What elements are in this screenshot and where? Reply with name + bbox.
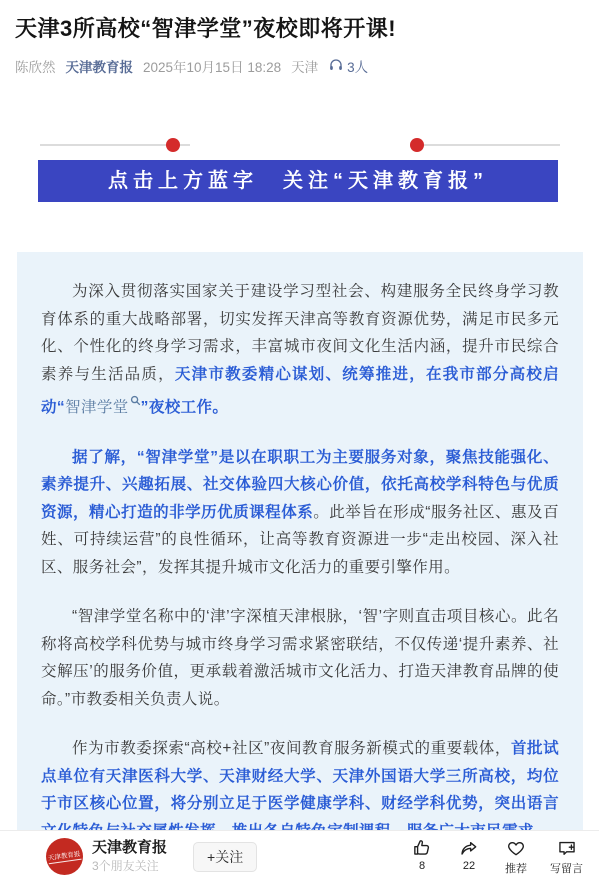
action-group: 8 22 推荐 (409, 837, 583, 876)
account-name[interactable]: 天津教育报 (92, 839, 167, 858)
account-link[interactable]: 天津教育报 (66, 56, 134, 76)
paragraph-1: 为深入贯彻落实国家关于建设学习型社会、构建服务全民终身学习教育体系的重大战略部署… (41, 278, 559, 422)
p1-highlight-end: ”夜校工作。 (141, 399, 229, 416)
recommend-button[interactable]: 推荐 (503, 837, 529, 876)
share-button[interactable]: 22 (456, 837, 482, 872)
follow-banner[interactable]: 点击上方蓝字 关注“天津教育报” (38, 160, 558, 202)
like-button[interactable]: 8 (409, 837, 435, 872)
friends-follow-note: 3个朋友关注 (92, 859, 167, 874)
account-info: 天津教育报 3个朋友关注 (92, 839, 167, 874)
headphones-icon (328, 57, 347, 76)
comment-plus-icon (556, 837, 578, 859)
listener-number: 3人 (347, 56, 368, 76)
publish-location: 天津 (291, 56, 318, 76)
comment-button[interactable]: 写留言 (550, 837, 583, 876)
heart-icon (505, 837, 527, 859)
search-term-link[interactable]: 智津学堂 (65, 399, 141, 416)
byline: 陈欣然 天津教育报 2025年10月15日 18:28 天津 3人 (15, 56, 583, 76)
search-icon (130, 394, 141, 409)
account-avatar[interactable]: 天津教育报 (46, 838, 83, 875)
p4-text: 作为市教委探索“高校+社区”夜间教育服务新模式的重要载体， (72, 740, 511, 757)
decorative-divider (0, 138, 599, 152)
p1-term: 智津学堂 (65, 399, 129, 416)
avatar-logo-text: 天津教育报 (48, 849, 82, 864)
red-dot-right (410, 138, 424, 152)
publish-date: 2025年10月15日 18:28 (143, 56, 281, 76)
share-count: 22 (463, 860, 475, 872)
thumbs-up-icon (411, 837, 433, 859)
divider-line-left (40, 144, 190, 146)
article-title: 天津3所高校“智津学堂”夜校即将开课! (15, 14, 583, 44)
paragraph-3: “智津学堂名称中的‘津’字深植天津根脉，‘智’字则直击项目核心。此名称将高校学科… (41, 603, 559, 713)
divider-line-right (416, 144, 560, 146)
wechat-article-page: 天津3所高校“智津学堂”夜校即将开课! 陈欣然 天津教育报 2025年10月15… (0, 0, 599, 882)
listen-count[interactable]: 3人 (328, 56, 368, 76)
author-name: 陈欣然 (15, 56, 56, 76)
red-dot-left (166, 138, 180, 152)
paragraph-4: 作为市教委探索“高校+社区”夜间教育服务新模式的重要载体，首批试点单位有天津医科… (41, 735, 559, 845)
like-count: 8 (419, 860, 425, 872)
follow-button[interactable]: +关注 (193, 842, 257, 872)
paragraph-2: 据了解，“智津学堂”是以在职职工为主要服务对象，聚焦技能强化、素养提升、兴趣拓展… (41, 444, 559, 582)
bottom-action-bar: 天津教育报 天津教育报 3个朋友关注 +关注 8 (0, 830, 599, 882)
recommend-label: 推荐 (505, 860, 527, 876)
article-body: 为深入贯彻落实国家关于建设学习型社会、构建服务全民终身学习教育体系的重大战略部署… (17, 252, 583, 873)
share-arrow-icon (458, 837, 480, 859)
comment-label: 写留言 (550, 860, 583, 876)
